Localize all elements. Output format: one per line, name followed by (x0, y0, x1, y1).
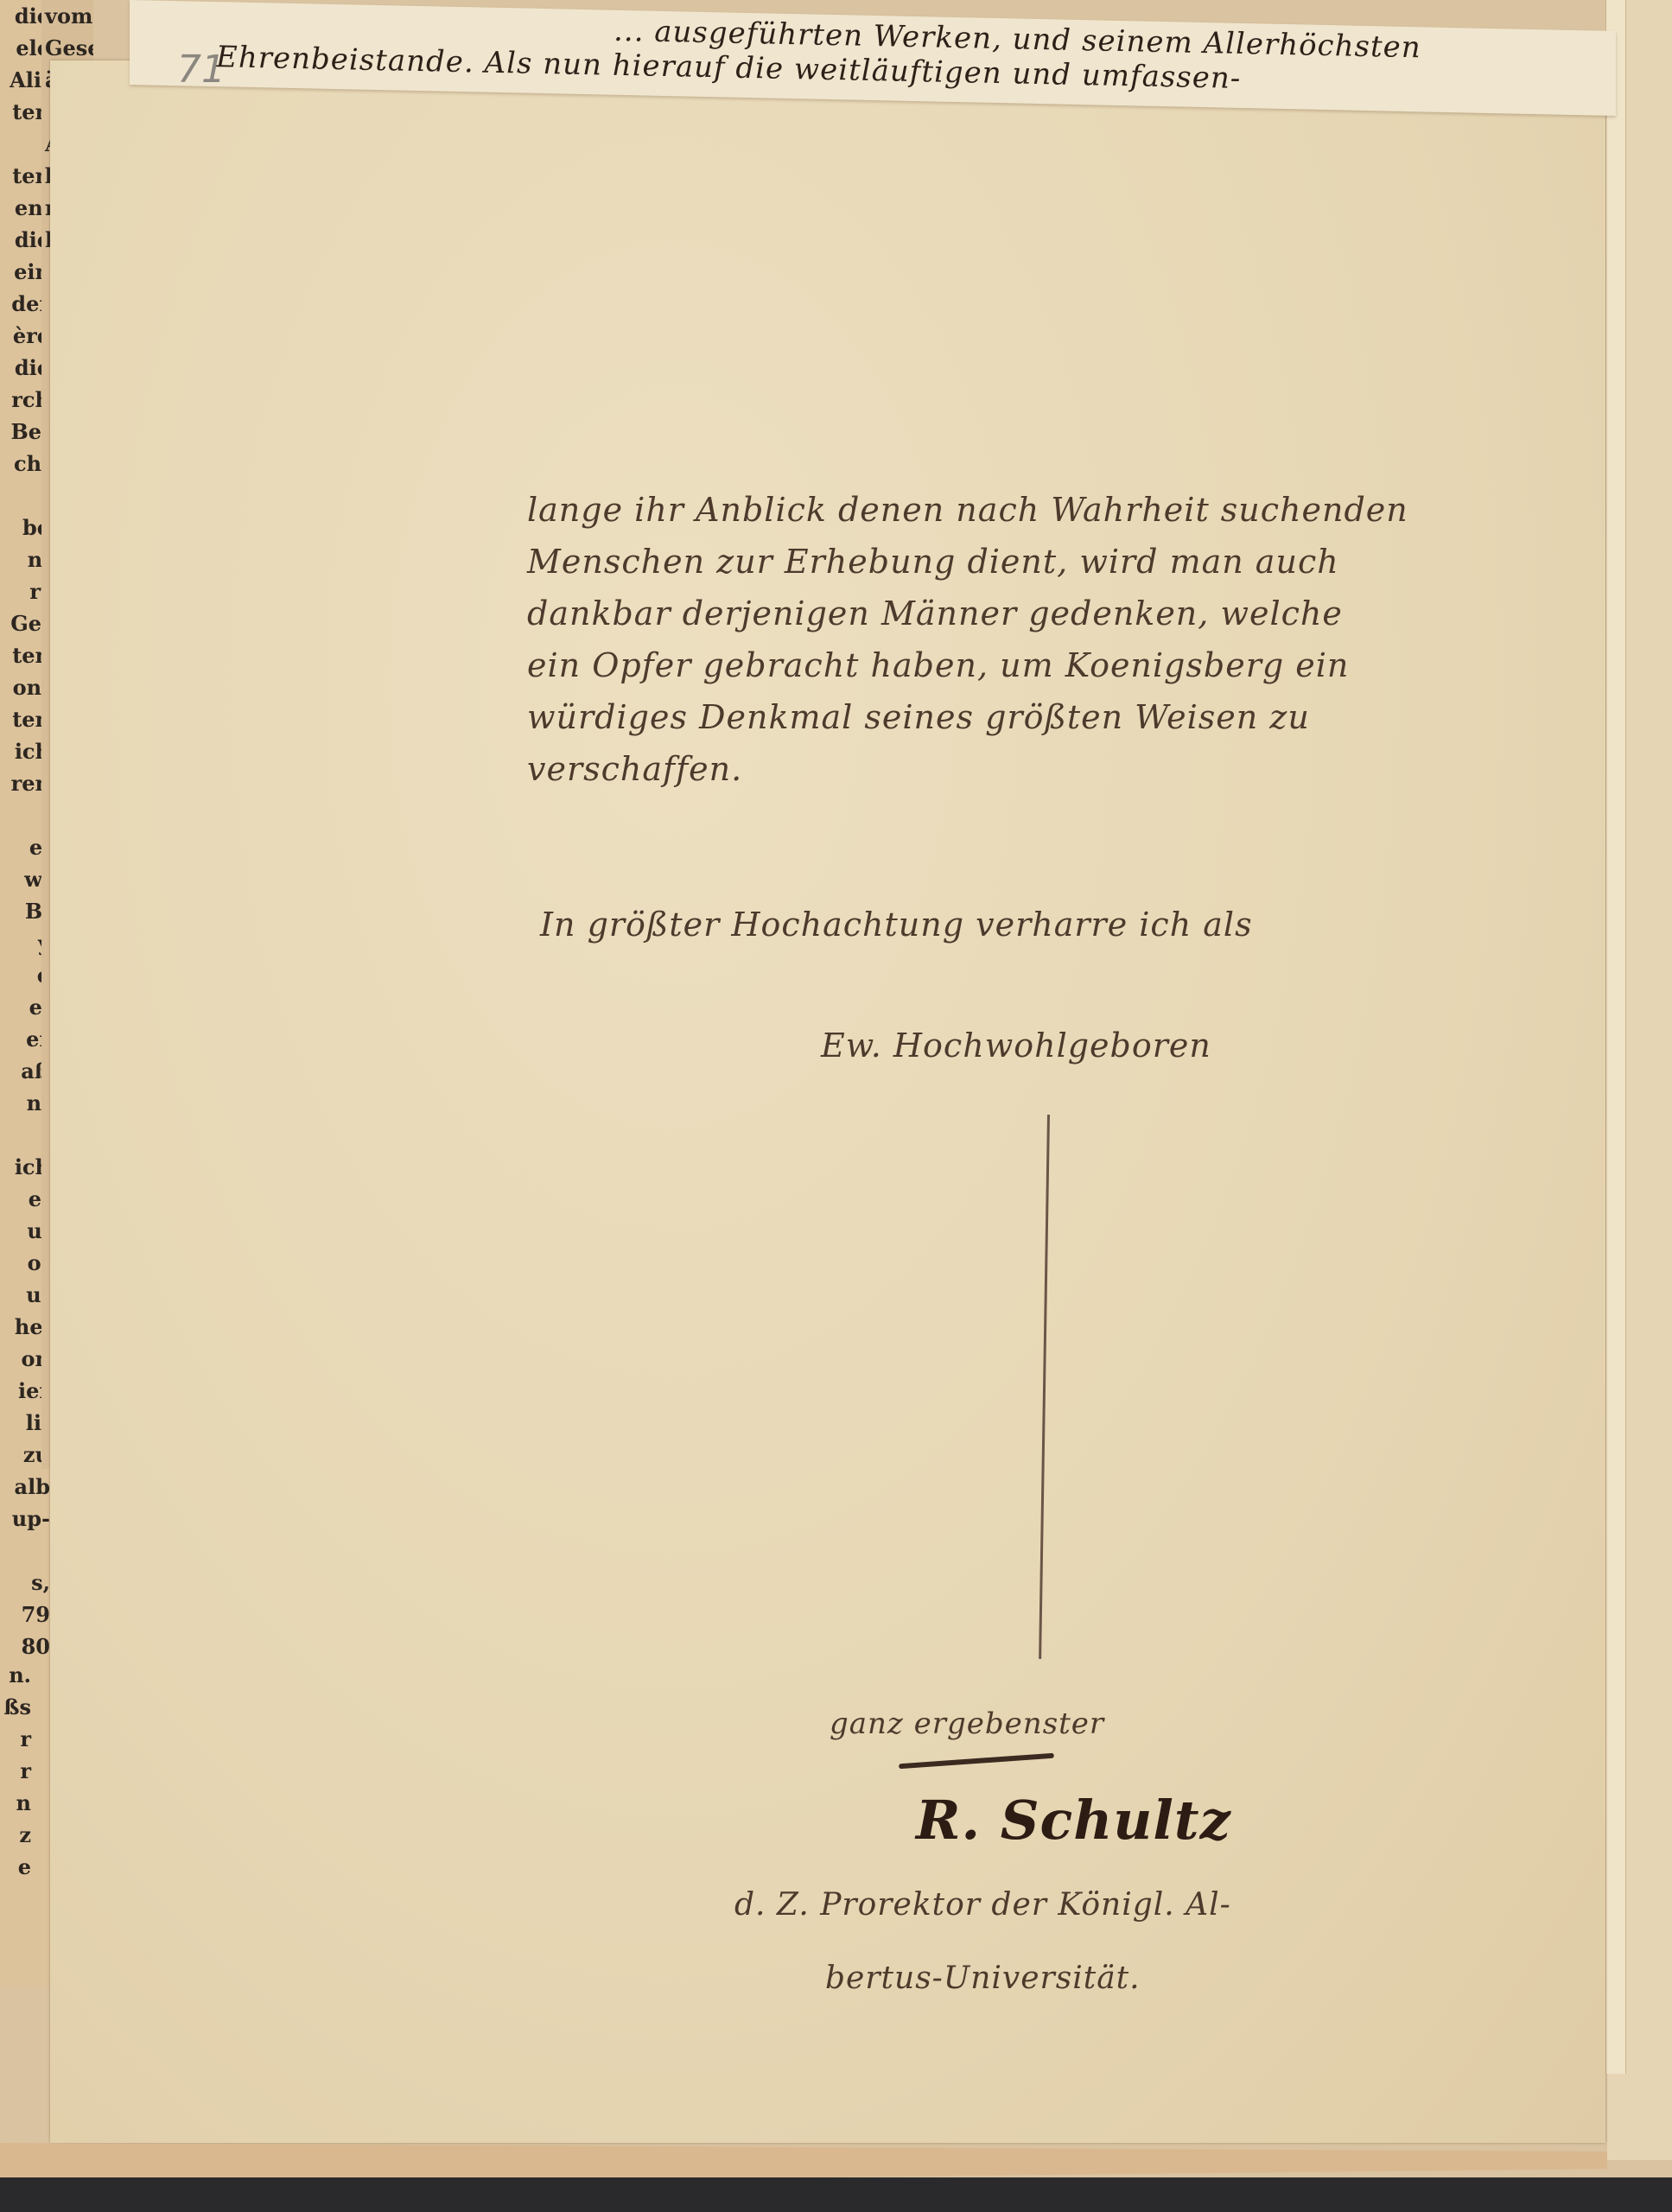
newspaper-text-line: r (0, 1723, 35, 1755)
folio-number: 71 (177, 48, 226, 92)
newspaper-text-line: s, (0, 1567, 54, 1599)
newspaper-text-line: 80 (0, 1630, 54, 1662)
newspaper-text-line: 79 (0, 1599, 54, 1630)
salutation: Ew. Hochwohlgeboren (821, 1020, 1211, 1071)
closing-line: In größter Hochachtung verharre ich als (540, 899, 1253, 950)
newspaper-text-line: r (0, 1755, 35, 1787)
body-line: würdiges Denkmal seines größten Weisen z… (527, 691, 1408, 743)
body-line: lange ihr Anblick denen nach Wahrheit su… (527, 484, 1408, 536)
title-line-2: bertus-Universität. (825, 1953, 1141, 2005)
newspaper-text-line: alb (0, 1471, 54, 1503)
body-line: Menschen zur Erhebung dient, wird man au… (527, 536, 1408, 588)
newspaper-text-line: n. (0, 1659, 35, 1691)
newspaper-text-line: z (0, 1819, 35, 1851)
complimentary-close: ganz ergebenster (830, 1698, 1104, 1750)
body-line: dankbar derjenigen Männer gedenken, welc… (527, 588, 1408, 639)
signature: R. Schultz (916, 1789, 1231, 1852)
body-line: verschaffen. (527, 743, 1408, 795)
newspaper-text-line (0, 1535, 54, 1567)
body-line: ein Opfer gebracht haben, um Koenigsberg… (527, 639, 1408, 691)
newspaper-text-line: e (0, 1851, 35, 1883)
binding-guard-strip (1605, 0, 1626, 2074)
letter-sheet (50, 60, 1605, 2143)
newspaper-text-line: Gesetzes (41, 32, 93, 64)
newspaper-lower-fragment: n.ßsrrnze (0, 1659, 35, 1883)
letter-body: lange ihr Anblick denen nach Wahrheit su… (527, 484, 1408, 795)
newspaper-text-line: ßs (0, 1691, 35, 1723)
dark-background (0, 2177, 1672, 2212)
newspaper-text-line: n (0, 1787, 35, 1819)
title-line-1: d. Z. Prorektor der Königl. Al- (734, 1879, 1231, 1931)
newspaper-text-line: vom (41, 0, 93, 32)
newspaper-text-line: up- (0, 1503, 54, 1535)
